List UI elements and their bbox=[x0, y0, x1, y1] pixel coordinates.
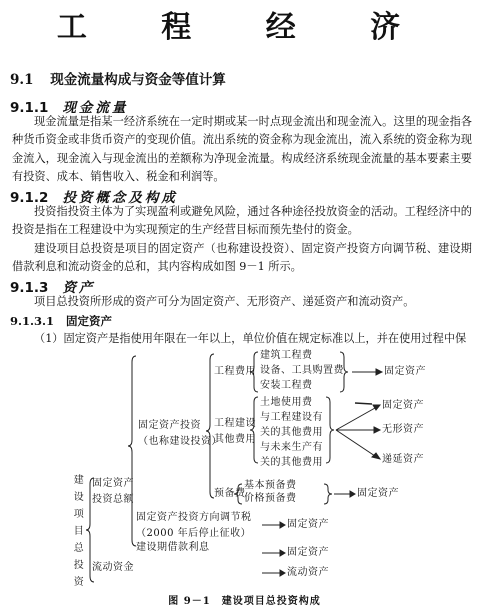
eng-cost-label: 工程费用 bbox=[214, 364, 256, 380]
eng-items: 建筑工程费 设备、工具购置费 安装工程费 bbox=[260, 348, 344, 393]
result-interest-fixed-asset: 固定资产 bbox=[287, 545, 329, 561]
fixed-invest-label: 固定资产投资 （也称建设投资） bbox=[138, 418, 222, 450]
result-eng-fixed-asset: 固定资产 bbox=[384, 364, 426, 380]
other-items: 土地使用费 与工程建设有 关的其他费用 与未来生产有 关的其他费用 bbox=[260, 395, 323, 470]
fixed-total-label: 固定资产 投资总额 bbox=[92, 476, 134, 508]
working-capital-label: 流动资金 bbox=[92, 560, 134, 576]
result-reserve-fixed-asset: 固定资产 bbox=[357, 486, 399, 502]
reserve-items: 基本预备费 价格预备费 bbox=[244, 479, 297, 505]
result-tax-fixed-asset: 固定资产 bbox=[287, 517, 329, 533]
result-other-deferred: 递延资产 bbox=[382, 452, 424, 468]
figure-caption: 图 9－1 建设项目总投资构成 bbox=[0, 592, 489, 607]
result-other-fixed-asset: 固定资产 bbox=[382, 398, 424, 414]
tax-label: 固定资产投资方向调节税 （2000 年后停止征收） bbox=[136, 510, 252, 542]
other-cost-label: 工程建设 其他费用 bbox=[214, 416, 256, 448]
root-label: 建 设 项 目 总 投 资 bbox=[72, 472, 86, 591]
result-working-current-asset: 流动资产 bbox=[287, 565, 329, 581]
reserve-label: 预备费 bbox=[214, 486, 246, 502]
result-other-intangible: 无形资产 bbox=[382, 422, 424, 438]
interest-label: 建设期借款利息 bbox=[136, 540, 210, 556]
